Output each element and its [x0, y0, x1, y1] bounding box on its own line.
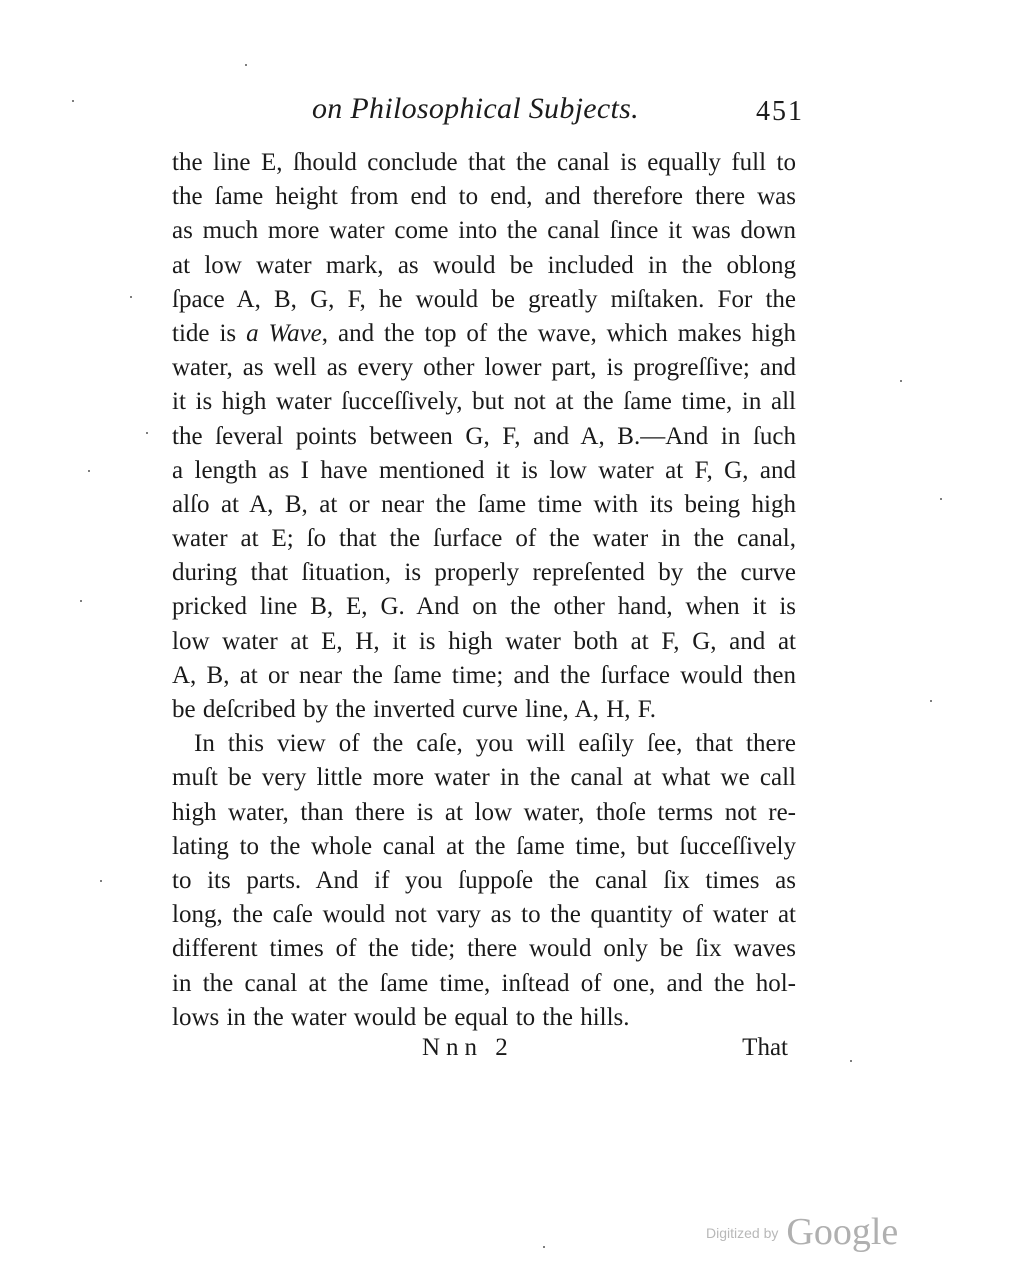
text-line: lows in the water would be equal to the … [172, 1001, 796, 1035]
text-line: alſo at A, B, at or near the ſame time w… [172, 488, 796, 522]
scan-speck [72, 100, 74, 102]
text-line: A, B, at or near the ſame time; and the … [172, 659, 796, 693]
scan-speck [900, 380, 902, 382]
text-fragment: , and the top of the wave, which makes h… [322, 320, 796, 347]
text-line: different times of the tide; there would… [172, 932, 796, 966]
text-fragment: tide is [172, 320, 246, 347]
text-line: water, as well as every other lower part… [172, 351, 796, 385]
text-line: ſpace A, B, G, F, he would be greatly mi… [172, 283, 796, 317]
text-line: the ſeveral points between G, F, and A, … [172, 420, 796, 454]
page-number: 451 [756, 96, 804, 128]
scan-speck [930, 700, 932, 702]
google-logo: Google [786, 1211, 898, 1253]
scan-speck [80, 600, 82, 602]
text-line: low water at E, H, it is high water both… [172, 625, 796, 659]
catchword: That [742, 1034, 788, 1062]
text-line: at low water mark, as would be included … [172, 249, 796, 283]
scan-speck [850, 1060, 852, 1062]
text-line: long, the caſe would not vary as to the … [172, 898, 796, 932]
italic-emphasis: a Wave [246, 320, 322, 347]
body-text: the line E, ſhould conclude that the can… [172, 146, 796, 1035]
text-line: during that ſituation, is properly repre… [172, 556, 796, 590]
text-line: in the canal at the ſame time, inſtead o… [172, 967, 796, 1001]
text-line: the ſame height from end to end, and the… [172, 180, 796, 214]
running-title: on Philosophical Subjects. [312, 92, 639, 126]
text-line: as much more water come into the canal ſ… [172, 214, 796, 248]
scan-speck [130, 296, 132, 298]
text-line: water at E; ſo that the ſurface of the w… [172, 522, 796, 556]
text-line: be deſcribed by the inverted curve line,… [172, 693, 796, 727]
text-line: lating to the whole canal at the ſame ti… [172, 830, 796, 864]
book-page: on Philosophical Subjects. 451 the line … [0, 0, 1014, 1282]
page-footer: Nnn 2 That [172, 1034, 796, 1068]
scan-speck [88, 470, 90, 472]
scan-speck [543, 1246, 545, 1248]
running-head: on Philosophical Subjects. 451 [160, 92, 800, 132]
text-line: pricked line B, E, G. And on the other h… [172, 590, 796, 624]
signature-mark: Nnn 2 [422, 1034, 514, 1062]
watermark-prefix: Digitized by [706, 1225, 778, 1241]
digitized-by-google-watermark: Digitized by Google [706, 1210, 898, 1254]
scan-speck [146, 432, 148, 434]
scan-speck [100, 880, 102, 882]
scan-speck [940, 498, 942, 500]
text-line: high water, than there is at low water, … [172, 796, 796, 830]
text-line: the line E, ſhould conclude that the can… [172, 146, 796, 180]
text-line: tide is a Wave, and the top of the wave,… [172, 317, 796, 351]
text-line: it is high water ſucceſſively, but not a… [172, 385, 796, 419]
text-line: muſt be very little more water in the ca… [172, 761, 796, 795]
text-line: a length as I have mentioned it is low w… [172, 454, 796, 488]
scan-speck [245, 64, 247, 66]
paragraph-start-line: In this view of the caſe, you will eaſil… [172, 727, 796, 761]
text-line: to its parts. And if you ſuppoſe the can… [172, 864, 796, 898]
